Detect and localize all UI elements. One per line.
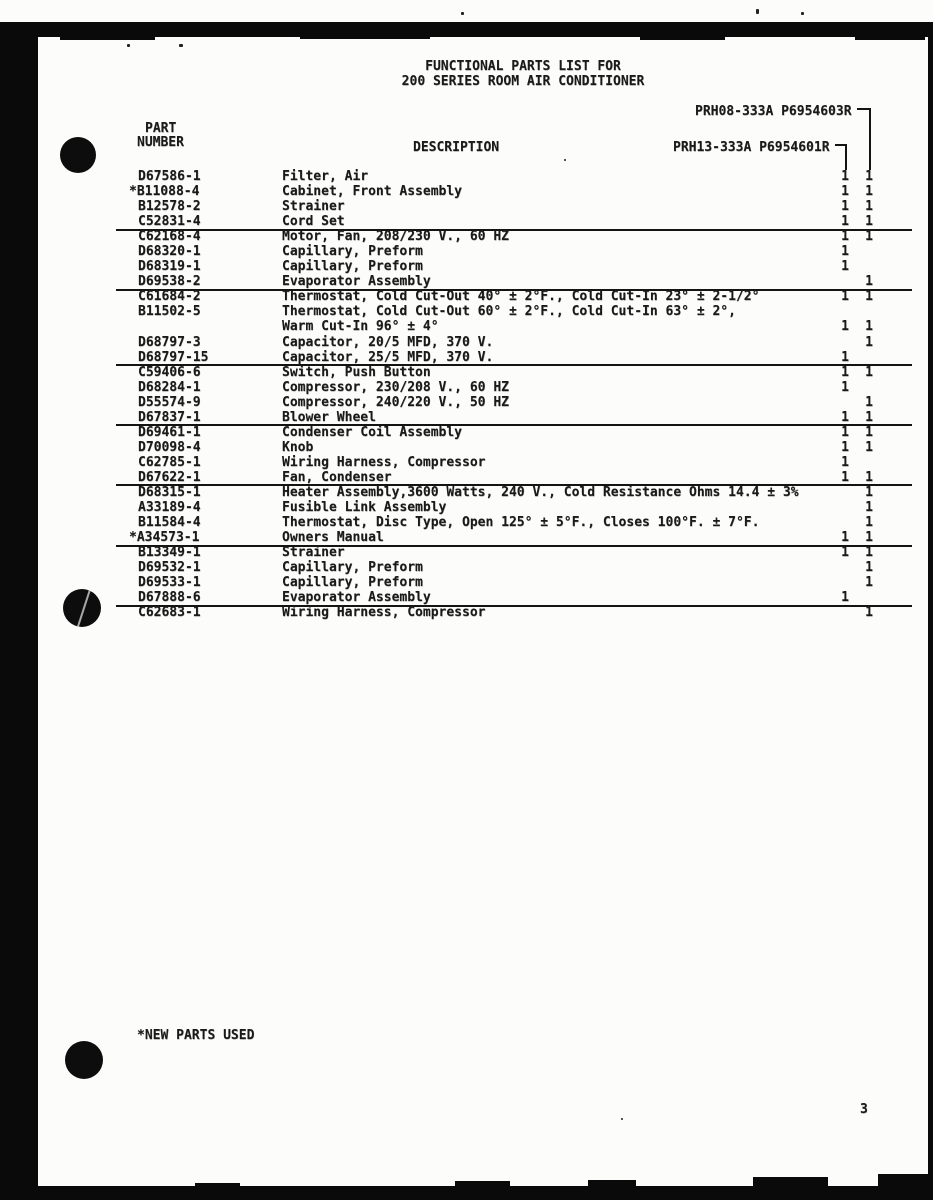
table-row: D55574-9Compressor, 240/220 V., 50 HZ1 (118, 395, 908, 410)
part-number-cell: D69533-1 (138, 575, 201, 590)
part-number-cell: D68797-3 (138, 335, 201, 350)
table-row: *A34573-1Owners Manual11 (118, 530, 908, 545)
qty-prh08-cell: 1 (862, 214, 876, 229)
qty-prh13-cell: 1 (838, 470, 852, 485)
part-number-cell: *A34573-1 (129, 530, 199, 545)
part-number-cell: B11502-5 (138, 304, 201, 319)
parts-table-body: D67586-1Filter, Air11*B11088-4Cabinet, F… (118, 169, 908, 620)
qty-prh08-cell: 1 (862, 545, 876, 560)
document-title: FUNCTIONAL PARTS LIST FOR 200 SERIES ROO… (300, 60, 746, 89)
qty-prh13-cell: 1 (838, 530, 852, 545)
scanned-page: { "document": { "title_line1": "FUNCTION… (0, 0, 933, 1200)
qty-prh08-cell: 1 (862, 425, 876, 440)
qty-prh13-cell: 1 (838, 289, 852, 304)
qty-prh08-cell: 1 (862, 500, 876, 515)
qty-prh13-cell: 1 (838, 380, 852, 395)
scan-ragged-edge (455, 1181, 510, 1187)
qty-prh13-cell: 1 (838, 440, 852, 455)
part-number-cell: C61684-2 (138, 289, 201, 304)
qty-prh08-cell: 1 (862, 470, 876, 485)
table-row: C61684-2Thermostat, Cold Cut-Out 40° ± 2… (118, 289, 908, 304)
scan-edge-bottom (0, 1186, 933, 1200)
description-cell: Thermostat, Cold Cut-Out 40° ± 2°F., Col… (282, 289, 759, 304)
table-row: D68797-3Capacitor, 20/5 MFD, 370 V.1 (118, 335, 908, 350)
part-number-cell: D68315-1 (138, 485, 201, 500)
scan-ragged-edge (640, 36, 725, 40)
part-number-cell: C62168-4 (138, 229, 201, 244)
table-row: D68284-1Compressor, 230/208 V., 60 HZ1 (118, 380, 908, 395)
qty-prh08-cell: 1 (862, 335, 876, 350)
description-cell: Cabinet, Front Assembly (282, 184, 462, 199)
column-header-description: DESCRIPTION (413, 140, 499, 155)
part-number-cell: D70098-4 (138, 440, 201, 455)
description-cell: Fusible Link Assembly (282, 500, 446, 515)
qty-prh08-cell: 1 (862, 229, 876, 244)
qty-prh08-cell: 1 (862, 289, 876, 304)
table-row: *B11088-4Cabinet, Front Assembly11 (118, 184, 908, 199)
table-row: D67888-6Evaporator Assembly1 (118, 590, 908, 605)
qty-prh08-cell: 1 (862, 515, 876, 530)
table-row: D69533-1Capillary, Preform1 (118, 575, 908, 590)
qty-prh08-cell: 1 (862, 319, 876, 334)
part-number-cell: B11584-4 (138, 515, 201, 530)
qty-prh13-cell: 1 (838, 169, 852, 184)
description-cell: Condenser Coil Assembly (282, 425, 462, 440)
qty-prh13-cell: 1 (838, 184, 852, 199)
qty-prh13-cell: 1 (838, 590, 852, 605)
table-row: B12578-2Strainer11 (118, 199, 908, 214)
punch-hole-bottom (65, 1041, 103, 1079)
description-cell: Fan, Condenser (282, 470, 392, 485)
qty-prh08-cell: 1 (862, 440, 876, 455)
scan-speck (179, 44, 183, 47)
scan-ragged-edge (195, 1183, 240, 1187)
table-row: D68315-1Heater Assembly,3600 Watts, 240 … (118, 485, 908, 500)
description-cell: Capillary, Preform (282, 244, 423, 259)
scan-edge-left (0, 25, 38, 1200)
table-row: B13349-1Strainer11 (118, 545, 908, 560)
scan-ragged-edge (60, 36, 155, 40)
scan-speck (621, 1118, 623, 1120)
model-column-bracket-right (857, 108, 871, 170)
qty-prh08-cell: 1 (862, 184, 876, 199)
scan-edge-top (0, 22, 933, 37)
description-cell: Capillary, Preform (282, 560, 423, 575)
part-number-cell: D69532-1 (138, 560, 201, 575)
qty-prh13-cell: 1 (838, 350, 852, 365)
part-number-cell: D69538-2 (138, 274, 201, 289)
footnote: *NEW PARTS USED (137, 1028, 254, 1043)
table-row: D67837-1Blower Wheel11 (118, 410, 908, 425)
description-cell: Thermostat, Disc Type, Open 125° ± 5°F.,… (282, 515, 759, 530)
table-row: D70098-4Knob11 (118, 440, 908, 455)
part-number-cell: C52831-4 (138, 214, 201, 229)
description-cell: Motor, Fan, 208/230 V., 60 HZ (282, 229, 509, 244)
table-row: C62785-1Wiring Harness, Compressor1 (118, 455, 908, 470)
qty-prh08-cell: 1 (862, 410, 876, 425)
part-number-cell: C62785-1 (138, 455, 201, 470)
title-line-2: 200 SERIES ROOM AIR CONDITIONER (300, 75, 746, 90)
qty-prh13-cell: 1 (838, 229, 852, 244)
part-number-cell: C62683-1 (138, 605, 201, 620)
part-number-cell: D55574-9 (138, 395, 201, 410)
qty-prh08-cell: 1 (862, 395, 876, 410)
scan-ragged-edge (855, 35, 925, 40)
table-row: C62683-1Wiring Harness, Compressor1 (118, 605, 908, 620)
qty-prh08-cell: 1 (862, 530, 876, 545)
description-cell: Evaporator Assembly (282, 590, 431, 605)
table-row: D67622-1Fan, Condenser11 (118, 470, 908, 485)
description-cell: Wiring Harness, Compressor (282, 455, 486, 470)
qty-prh08-cell: 1 (862, 274, 876, 289)
table-row: C62168-4Motor, Fan, 208/230 V., 60 HZ11 (118, 229, 908, 244)
description-cell: Knob (282, 440, 313, 455)
table-row: D68797-15Capacitor, 25/5 MFD, 370 V.1 (118, 350, 908, 365)
qty-prh13-cell: 1 (838, 365, 852, 380)
qty-prh13-cell: 1 (838, 244, 852, 259)
description-cell: Strainer (282, 199, 345, 214)
qty-prh08-cell: 1 (862, 485, 876, 500)
scan-speck (461, 12, 464, 15)
table-row: B11584-4Thermostat, Disc Type, Open 125°… (118, 515, 908, 530)
scan-edge-right (928, 24, 933, 1200)
description-cell: Warm Cut-In 96° ± 4° (282, 319, 439, 334)
table-row: C59406-6Switch, Push Button11 (118, 365, 908, 380)
punch-hole-top (60, 137, 96, 173)
qty-prh08-cell: 1 (862, 560, 876, 575)
description-cell: Blower Wheel (282, 410, 376, 425)
part-number-cell: B13349-1 (138, 545, 201, 560)
scan-speck (127, 44, 130, 47)
scan-speck (564, 159, 566, 161)
column-header-number: NUMBER (137, 135, 184, 150)
scan-ragged-edge (300, 36, 430, 39)
scan-ragged-edge (588, 1180, 636, 1187)
scan-scratch (76, 589, 92, 627)
table-row: D68319-1Capillary, Preform1 (118, 259, 908, 274)
part-number-cell: D68320-1 (138, 244, 201, 259)
table-row: D68320-1Capillary, Preform1 (118, 244, 908, 259)
description-cell: Cord Set (282, 214, 345, 229)
description-cell: Filter, Air (282, 169, 368, 184)
qty-prh13-cell: 1 (838, 259, 852, 274)
qty-prh08-cell: 1 (862, 365, 876, 380)
qty-prh13-cell: 1 (838, 410, 852, 425)
model-column-bracket-left (835, 144, 847, 170)
qty-prh13-cell: 1 (838, 214, 852, 229)
description-cell: Capillary, Preform (282, 259, 423, 274)
part-number-cell: D69461-1 (138, 425, 201, 440)
table-row: D67586-1Filter, Air11 (118, 169, 908, 184)
part-number-cell: D67888-6 (138, 590, 201, 605)
table-row: D69538-2Evaporator Assembly1 (118, 274, 908, 289)
page-number: 3 (860, 1102, 868, 1117)
qty-prh08-cell: 1 (862, 605, 876, 620)
scan-ragged-edge (878, 1174, 933, 1187)
description-cell: Switch, Push Button (282, 365, 431, 380)
qty-prh08-cell: 1 (862, 199, 876, 214)
table-row: D69532-1Capillary, Preform1 (118, 560, 908, 575)
description-cell: Owners Manual (282, 530, 384, 545)
table-row: B11502-5Thermostat, Cold Cut-Out 60° ± 2… (118, 304, 908, 319)
description-cell: Wiring Harness, Compressor (282, 605, 486, 620)
part-number-cell: D68319-1 (138, 259, 201, 274)
description-cell: Strainer (282, 545, 345, 560)
qty-prh08-cell: 1 (862, 169, 876, 184)
part-number-cell: D67622-1 (138, 470, 201, 485)
part-number-cell: D68284-1 (138, 380, 201, 395)
qty-prh08-cell: 1 (862, 575, 876, 590)
table-row: D69461-1Condenser Coil Assembly11 (118, 425, 908, 440)
title-line-1: FUNCTIONAL PARTS LIST FOR (300, 60, 746, 75)
description-cell: Capacitor, 25/5 MFD, 370 V. (282, 350, 493, 365)
description-cell: Thermostat, Cold Cut-Out 60° ± 2°F., Col… (282, 304, 736, 319)
qty-prh13-cell: 1 (838, 455, 852, 470)
table-row: Warm Cut-In 96° ± 4°11 (118, 319, 908, 334)
part-number-cell: B12578-2 (138, 199, 201, 214)
qty-prh13-cell: 1 (838, 425, 852, 440)
part-number-cell: A33189-4 (138, 500, 201, 515)
punch-hole-middle (63, 589, 101, 627)
description-cell: Capacitor, 20/5 MFD, 370 V. (282, 335, 493, 350)
table-row: A33189-4Fusible Link Assembly1 (118, 500, 908, 515)
scan-speck (756, 9, 759, 14)
scan-speck (801, 12, 804, 15)
part-number-cell: *B11088-4 (129, 184, 199, 199)
column-header-part: PART (145, 121, 176, 136)
part-number-cell: C59406-6 (138, 365, 201, 380)
part-number-cell: D67837-1 (138, 410, 201, 425)
description-cell: Compressor, 240/220 V., 50 HZ (282, 395, 509, 410)
model-number-prh08: PRH08-333A P6954603R (695, 104, 852, 119)
model-number-prh13: PRH13-333A P6954601R (673, 140, 830, 155)
description-cell: Evaporator Assembly (282, 274, 431, 289)
table-row: C52831-4Cord Set11 (118, 214, 908, 229)
qty-prh13-cell: 1 (838, 319, 852, 334)
qty-prh13-cell: 1 (838, 199, 852, 214)
qty-prh13-cell: 1 (838, 545, 852, 560)
part-number-cell: D67586-1 (138, 169, 201, 184)
description-cell: Heater Assembly,3600 Watts, 240 V., Cold… (282, 485, 799, 500)
part-number-cell: D68797-15 (138, 350, 208, 365)
description-cell: Capillary, Preform (282, 575, 423, 590)
scan-ragged-edge (753, 1177, 828, 1187)
description-cell: Compressor, 230/208 V., 60 HZ (282, 380, 509, 395)
